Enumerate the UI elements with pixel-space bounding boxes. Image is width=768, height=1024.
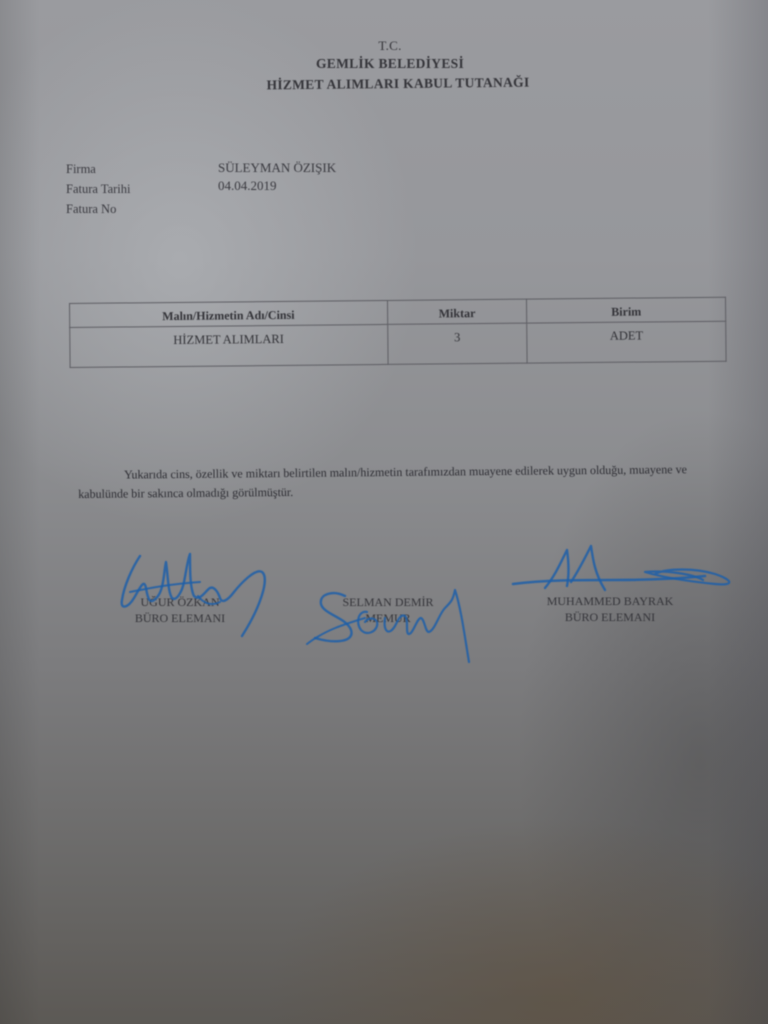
items-table-wrapper: Malın/Hizmetin Adı/Cinsi Miktar Birim Hİ… [69, 297, 727, 368]
document-title: HİZMET ALIMLARI KABUL TUTANAĞI [14, 72, 768, 96]
cell-item: HİZMET ALIMLARI [70, 324, 388, 367]
meta-label: Firma [66, 162, 96, 177]
column-header-unit: Birim [527, 297, 726, 323]
cell-quantity: 3 [387, 323, 527, 364]
items-table: Malın/Hizmetin Adı/Cinsi Miktar Birim Hİ… [69, 297, 727, 368]
meta-label: Fatura No [66, 202, 116, 217]
signatory-role: BÜRO ELEMANI [530, 609, 690, 625]
statement-text: Yukarıda cins, özellik ve miktarı belirt… [78, 462, 687, 501]
signature-3-icon [505, 540, 745, 600]
document-content: T.C. GEMLİK BELEDİYESİ HİZMET ALIMLARI K… [0, 0, 768, 1024]
meta-value: 04.04.2019 [218, 178, 277, 194]
signature-2-icon [305, 578, 485, 673]
signature-1-icon [110, 548, 280, 648]
document-page: T.C. GEMLİK BELEDİYESİ HİZMET ALIMLARI K… [0, 0, 768, 1024]
acceptance-statement: Yukarıda cins, özellik ve miktarı belirt… [78, 460, 718, 504]
header-municipality: GEMLİK BELEDİYESİ [6, 56, 768, 72]
header-tc: T.C. [6, 38, 768, 54]
column-header-quantity: Miktar [387, 299, 527, 324]
meta-label: Fatura Tarihi [66, 182, 131, 197]
meta-value: SÜLEYMAN ÖZIŞIK [218, 160, 336, 176]
meta-row-invoice-no: Fatura No [66, 202, 406, 222]
cell-unit: ADET [527, 321, 726, 363]
table-row: HİZMET ALIMLARI 3 ADET [70, 321, 726, 367]
column-header-item: Malın/Hizmetin Adı/Cinsi [70, 300, 388, 327]
invoice-meta: Firma SÜLEYMAN ÖZIŞIK Fatura Tarihi 04.0… [66, 162, 406, 222]
meta-row-invoice-date: Fatura Tarihi 04.04.2019 [66, 182, 406, 202]
